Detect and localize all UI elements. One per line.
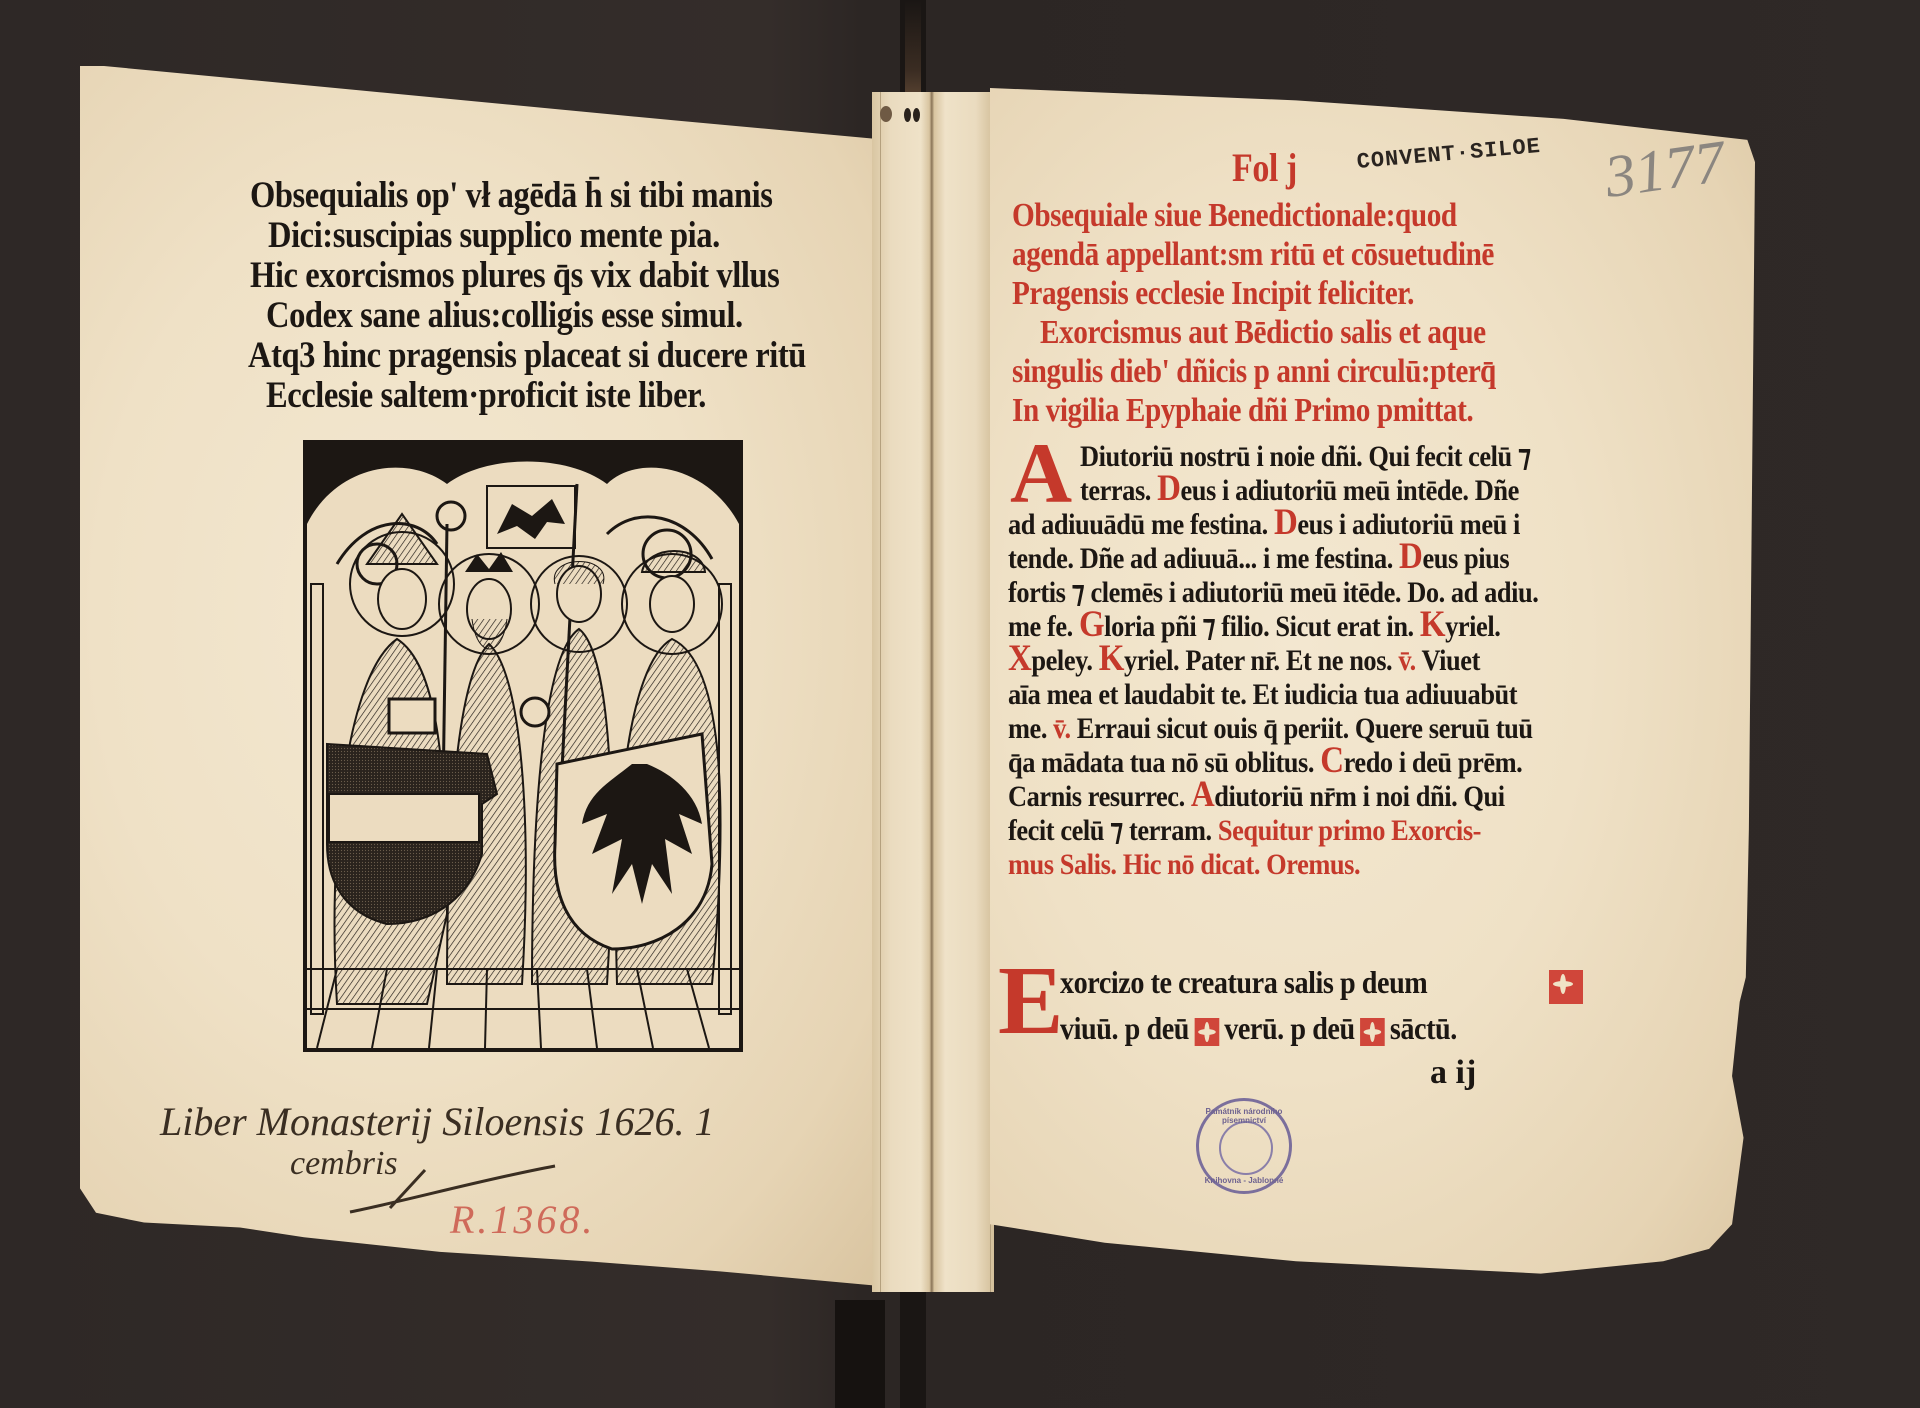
- body-text: aīa mea et laudabit te. Et iudicia tua a…: [1008, 678, 1517, 711]
- body-line: Xpeley. Kyriel. Pater nr̄. Et ne nos. v̄…: [1008, 644, 1480, 678]
- body-text: me.: [1008, 712, 1053, 745]
- red-rubric: Sequitur primo Exorcis-: [1218, 814, 1481, 847]
- verse-line: Codex sane alius:colligis esse simul.: [266, 296, 743, 336]
- red-cross-icon: [1194, 1018, 1219, 1046]
- body-text: verū. p deū: [1224, 1010, 1355, 1046]
- body-text: Erraui sicut ouis q̄ periit. Quere seruū…: [1071, 712, 1533, 745]
- red-initial: X: [1008, 644, 1031, 674]
- decorated-initial: A: [1010, 430, 1072, 516]
- red-initial: D: [1274, 508, 1297, 538]
- heading-line: agendā appellant:sm ritū et cōsuetudinē: [1012, 235, 1494, 274]
- red-initial: A: [1191, 780, 1214, 810]
- heading-line: In vigilia Epyphaie dñi Primo pmittat.: [1012, 391, 1473, 430]
- body-text: q̄a mādata tua nō sū oblitus.: [1008, 746, 1320, 779]
- stamp-top-text: Památník národního písemnictví: [1199, 1107, 1289, 1125]
- body-text: redo i deū prēm.: [1344, 746, 1523, 779]
- body-line: q̄a mādata tua nō sū oblitus. Credo i de…: [1008, 746, 1522, 780]
- red-initial: K: [1099, 644, 1124, 674]
- hole: [904, 108, 911, 122]
- body-line: Diutoriū nostrū i noie dñi. Qui fecit ce…: [1080, 440, 1531, 474]
- body-text: eus i adiutoriū meū intēde. Dñe: [1181, 474, 1519, 507]
- hole: [880, 106, 892, 122]
- handwritten-ownership-note: Liber Monasterij Siloensis 1626. 1: [160, 1098, 714, 1145]
- body-text: eus pius: [1422, 542, 1509, 575]
- body-text: terras.: [1080, 474, 1157, 507]
- red-cross-icon: [1549, 970, 1583, 1004]
- signature-mark: a ij: [1430, 1054, 1476, 1092]
- red-rubric: mus Salis. Hic nō dicat. Oremus.: [1008, 848, 1360, 881]
- verse-line: Obsequialis op' vł agēdā h̄ si tibi mani…: [250, 176, 773, 216]
- heading-line: Pragensis ecclesie Incipit feliciter.: [1012, 274, 1414, 313]
- body-text: fecit celū ⁊ terram.: [1008, 814, 1218, 847]
- library-stamp: Památník národního písemnictví Knihovna …: [1196, 1098, 1292, 1194]
- body-text: peley.: [1031, 644, 1098, 677]
- heading-line: Obsequiale siue Benedictionale:quod: [1012, 196, 1457, 235]
- red-cross-icon: [1360, 1018, 1385, 1046]
- body-text: sāctū.: [1390, 1010, 1457, 1046]
- body-line: mus Salis. Hic nō dicat. Oremus.: [1008, 848, 1360, 882]
- red-versicle: v̄.: [1053, 712, 1070, 745]
- binding-holes: [880, 102, 920, 142]
- body-text: viuū. p deū: [1060, 1010, 1189, 1046]
- body-line: Carnis resurrec. Adiutoriū nr̄m i noi dñ…: [1008, 780, 1505, 814]
- saints-woodcut-icon: [307, 444, 739, 1048]
- body-line: fecit celū ⁊ terram. Sequitur primo Exor…: [1008, 814, 1481, 848]
- body-line: me fe. Gloria pñi ⁊ filio. Sicut erat in…: [1008, 610, 1500, 644]
- verse-line: Atq3 hinc pragensis placeat si ducere ri…: [248, 336, 806, 376]
- body-text: yriel.: [1445, 610, 1500, 643]
- gutter-fold: [872, 92, 994, 1292]
- red-initial: G: [1079, 610, 1104, 640]
- shelfmark: R.1368.: [450, 1196, 595, 1243]
- woodcut-illustration: [303, 440, 743, 1052]
- spine-top: [905, 0, 921, 100]
- body-line: ad adiuuādū me festina. Deus i adiutoriū…: [1008, 508, 1520, 542]
- body-line: me. v̄. Erraui sicut ouis q̄ periit. Que…: [1008, 712, 1533, 746]
- body-text: diutoriū nr̄m i noi dñi. Qui: [1214, 780, 1504, 813]
- spine-bottom: [835, 1300, 885, 1408]
- exorcism-line: xorcizo te creatura salis p deum: [1060, 966, 1427, 1000]
- body-text: yriel. Pater nr̄. Et ne nos.: [1124, 644, 1398, 677]
- red-initial: C: [1320, 746, 1343, 776]
- red-initial: D: [1399, 542, 1422, 572]
- body-text: Diutoriū nostrū i noie dñi. Qui fecit ce…: [1080, 440, 1531, 473]
- red-initial: K: [1420, 610, 1445, 640]
- verse-line: Dici:suscipias supplico mente pia.: [268, 216, 720, 256]
- stamp-bottom-text: Knihovna - Jablonné: [1199, 1176, 1289, 1185]
- fold-line: [880, 92, 881, 1292]
- verse-line: Ecclesie saltem·proficit iste liber.: [266, 376, 706, 416]
- body-line: tende. Dñe ad adiuuā... i me festina. De…: [1008, 542, 1509, 576]
- folio-number: Fol j: [1232, 144, 1297, 191]
- body-text: tende. Dñe ad adiuuā... i me festina.: [1008, 542, 1399, 575]
- exorcism-line-2: viuū. p deūverū. p deūsāctū.: [1060, 1012, 1457, 1046]
- lion-emblem-icon: [1219, 1121, 1273, 1175]
- heading-line: Exorcismus aut Bēdictio salis et aque: [1040, 313, 1486, 352]
- body-line: aīa mea et laudabit te. Et iudicia tua a…: [1008, 678, 1517, 712]
- red-initial: D: [1157, 474, 1180, 504]
- body-text: loria pñi ⁊ filio. Sicut erat in.: [1104, 610, 1420, 643]
- heading-line: singulis dieb' dñicis p anni circulū:pte…: [1012, 352, 1496, 391]
- red-versicle: v̄.: [1398, 644, 1415, 677]
- decorated-initial-e: E: [998, 952, 1063, 1050]
- body-text: ad adiuuādū me festina.: [1008, 508, 1274, 541]
- body-line: terras. Deus i adiutoriū meū intēde. Dñe: [1080, 474, 1519, 508]
- body-text: Viuet: [1416, 644, 1480, 677]
- verse-line: Hic exorcismos plures q̄s vix dabit vllu…: [250, 256, 779, 296]
- hole: [913, 108, 920, 122]
- body-text: Carnis resurrec.: [1008, 780, 1191, 813]
